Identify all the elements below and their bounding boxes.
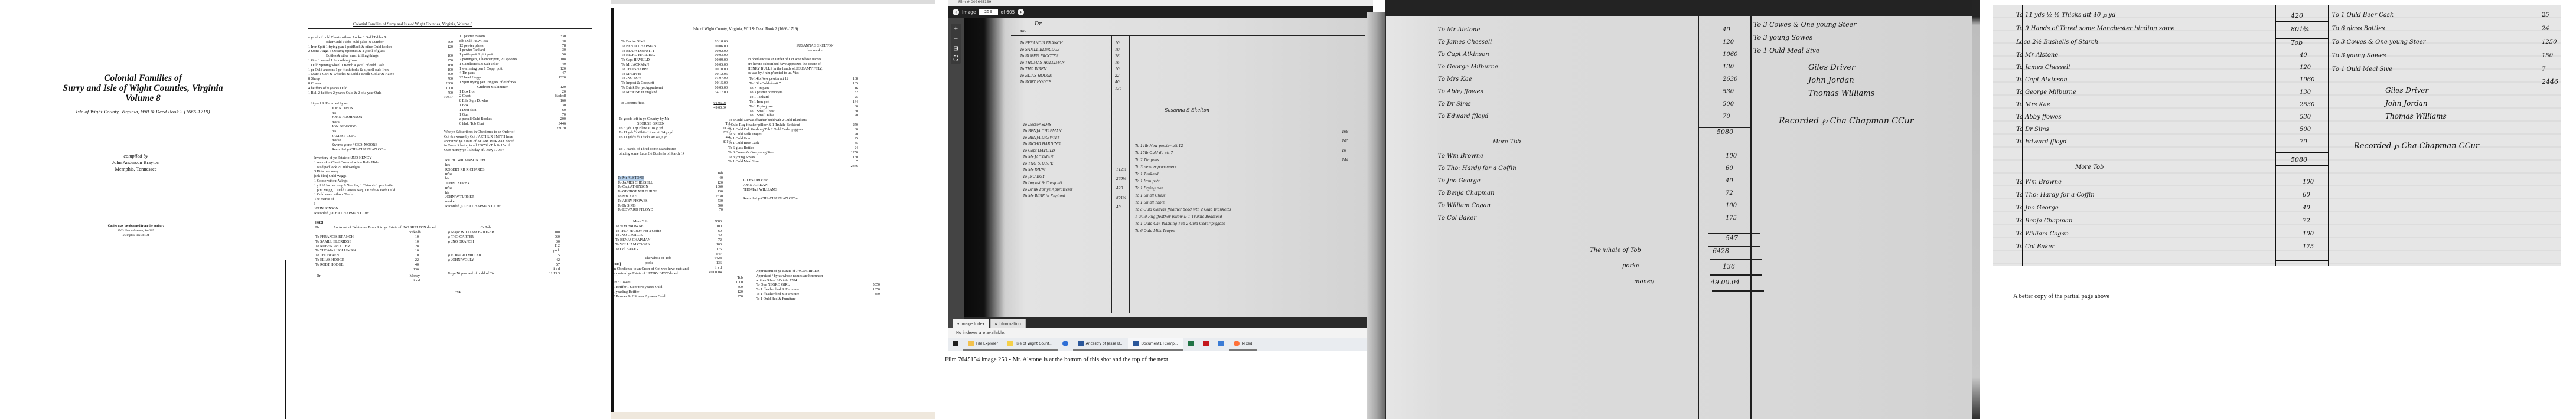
inventory-line-value: 500 [439,40,453,45]
handwritten-amount: 130 [1723,64,1734,70]
taskbar-item-word[interactable]: Ancestry of Jesse D... [1073,338,1129,351]
handwritten-signer: Giles Driver [2385,86,2428,94]
money-debt-row: To Mr WISE in England34.17.00 [621,90,728,95]
inventory-line-label: 1 Gun [459,113,468,117]
inventory-line-label: 1 Box [459,103,468,108]
money-label: Money [409,274,420,279]
image-label: Image [962,9,976,15]
bulls-item-row-label: To 1 Small Chest [749,109,775,114]
inventory-line-value: 50 [552,53,566,57]
taskbar-item-file-explorer[interactable]: File Explorer [963,338,1003,351]
handwritten-amount: 28 [1115,54,1120,58]
credit-row-value: 30 [546,240,560,244]
goods-label: To 6 yds 1 qr Blew at 18 ℘ yd [619,126,663,131]
bulls-item-row-value: 250 [844,123,858,127]
more-tob-row: To THO: HARDY For a Coffin60 [615,229,722,234]
debit-row: To THOMAS HOLLIMAN16 [315,248,419,253]
handwritten-entry: To Jno George [1438,178,1481,184]
handwritten-entry: To 3 young Sowes [1753,34,1812,41]
bulls-item-row: To 1 Ould Beer Cask35 [728,141,858,146]
folder-icon [1007,341,1013,346]
bulls-item-row-label: To 1 Tankard [749,95,769,100]
highlight-underline [2016,181,2063,181]
bulls-items: To 14lb New pewter att 12168To 15lb Ould… [728,77,858,169]
more-tob-label: More Tob [615,220,647,224]
handwritten-entry: To BENJA CHAPMAN [1023,129,1062,133]
zoom-toolbar: + − ⊞ ⛶ [951,24,961,64]
best-tob-header: Tob [613,276,743,280]
handwritten-entry: To Capt HAVEILD [1023,149,1055,153]
more-tob-row-value: 72 [707,238,722,243]
hendy-line: 3 Bitts in money [314,169,450,174]
next-image-icon[interactable]: › [1018,9,1024,15]
murray-appraisers: RICHD WILKINSON JunrhesROBERT RR RICHARD… [445,158,534,209]
murray-left-items: a ℘cell of ould Chests wthout Locke 3 Ou… [308,35,453,100]
debit-row-label: To FFRANCIS BRANCH [315,235,354,240]
handwritten-amount: 120 [2300,64,2311,71]
handwritten-entry: To James Chessell [2016,64,2070,71]
signer-line: mark [311,120,393,125]
inventory-line-label: 1 Bull 2 heiffers 2 yeares Ould & 2 of a… [308,91,381,96]
handwritten-entry: To ROBT HODGE [1020,80,1051,84]
handwritten-amount: 1250 [2542,39,2557,45]
bulls-intro-line: as was by / him p'sented to us, Vizt [748,71,866,76]
handwritten-amount: 530 [1723,89,1734,95]
bulls-item-row-value: 35 [844,141,858,146]
sum-rule [1710,274,1762,276]
tob-subtotal-row: More Tob5080 [615,220,722,224]
bulls-item-row-value: 20 [844,113,858,118]
address-line-1: 1503 Union Avenue, Ste 205 [0,228,272,233]
bulls-intro-line: are hereto subscribed have appraized the… [748,62,866,67]
header-rule [308,28,592,29]
more-tob-row-label: To JNO GEORGE [615,233,643,238]
grid-view-icon[interactable]: ⊞ [953,45,958,52]
murray-right-items: 11 pewter Basons3308lb Ould PEWTER4812 p… [459,34,566,131]
debit-row-label: To THO WREN [315,253,339,258]
inventory-line-value: 78 [552,44,566,48]
folio-483: [483] [613,262,743,267]
thred-line: To 9 Hands of Thred some Manchester [619,147,731,152]
taskbar-item-app-circle[interactable] [1058,338,1073,351]
money-debt-row-value: 34.17.00 [713,90,728,95]
bulls-intro-line: HENRY BULLS in the hands of JEREAMY FFLY… [748,67,866,71]
taskbar-item-acrobat[interactable] [1198,338,1214,351]
page-375: Isle of Wight County, Virginia, Will & D… [607,0,939,419]
inventory-line: 1 Iron Spitt 1 frying pan 1 pottRack & o… [308,45,453,50]
coroner-label: To Coronrs ffees [620,101,644,106]
inventory-line: 4 Tin pans47 [459,71,566,76]
debit-row: To THO WREN10 [315,253,419,258]
inventory-line: 1 pottle pott 1 pint pott50 [459,53,566,57]
handwritten-amount: 420 [1116,186,1123,191]
sum-rule [2276,152,2329,153]
bulls-item-row-label: To 1 Iron pott [749,100,769,104]
bulls-item-row-label: To 3 Cowes & One young Steer [728,150,775,155]
inventory-line-label: 1 warmeing pan 1 Coppr pott [459,67,503,71]
handwritten-money-label: money [1634,279,1654,285]
handwritten-amount: 10 [1115,67,1120,71]
bulls-item-row-label: To a Ould Canvas ffeather bedd wth 2 Oul… [728,118,807,123]
viewer-gutter [948,18,964,328]
inventory-line-value: 120 [439,45,453,50]
money-debt-row: To Mr DIVEI00.12.06 [621,72,728,77]
handwritten-entry: To William Cogan [2016,231,2069,237]
ricks-item-row: To 1 Ould Bed & Furniture [756,297,880,302]
handwritten-entry: To SAMLL ELDRIDGE [1020,48,1060,52]
money-debt-row: To Impost & Cocquett00.15.00 [621,81,728,86]
credit-row-label: ℘ JNO BRANCH [448,240,474,244]
handwritten-signer: Giles Driver [1808,63,1855,72]
hendy-inventory: Inventory of ye Estate of JNO HENDY1 sea… [314,156,450,215]
more-tob-total-row: 547 [615,252,722,257]
hendy-line: Inventory of ye Estate of JNO HENDY [314,156,450,161]
handwritten-amount: 7 [2542,66,2545,73]
dr-label: Dr [315,225,319,230]
bulls-item-row-value [844,118,858,123]
image-count: of 605 [1001,9,1015,15]
handwritten-amount: 1060 [1723,51,1737,58]
handwritten-entry: To Tho: Hardy for a Coffin [2016,192,2095,198]
debit-row: To RUBEN PROCTER28 [315,244,419,249]
zoom-out-icon[interactable]: − [953,35,958,42]
handwritten-entry: To Wm Browne [2016,179,2062,185]
zoom-in-icon[interactable]: + [953,25,958,32]
handwritten-amount: 72 [2303,218,2310,224]
debit-row-label: To SAMLL ELDRIDGE [315,240,351,244]
bulls-item-row: To 1 Ould Oak Washing Tub 2 Ould Cedar p… [728,127,858,132]
handwritten-recorded: Recorded ℘ Cha Chapman CCur [2354,142,2479,150]
handwritten-entry: Lace 2½ Bushells of Starch [2016,39,2098,45]
ricks-intro: Appraized / by us whose names are hereun… [756,274,880,279]
money-debt-row: To BENJA DREWITT00.02.09 [621,49,728,54]
handwritten-entry: To 1 Frying pan [1135,186,1163,191]
more-tob-row: To WILLIAM COGAN100 [615,243,722,247]
handwritten-amount: 60 [1726,165,1733,172]
inventory-line-value: 250 [439,58,453,63]
handwritten-entry: To 2 Tin pans [1135,158,1159,162]
handwritten-entry: To 9 Hands of Thred some Manchester bind… [2016,25,2174,32]
inventory-line-value: 108 [552,57,566,62]
tob-debt-row-value: 120 [709,181,723,185]
credit-row-label: ℘ JOHN WOLLY [448,258,474,263]
more-tob-total-value: 547 [707,252,722,257]
debit-row-value: 40 [405,263,419,267]
inventory-line: 6 hhdd Tob Cont3446 [459,122,566,126]
inventory-line-value: 800 [439,72,453,77]
inventory-line: 1 Spitt frying pan Tongues Ffleshforks [459,80,566,85]
handwritten-entry: To 11 yds ½ ½ Thicks att 40 ℘ yd [2016,12,2116,18]
excel-icon [1188,341,1194,346]
handwritten-amount: 801¾ [1116,196,1126,200]
handwritten-entry: To JNO BOY [1023,175,1045,179]
handwritten-entry: To William Cogan [1438,202,1491,209]
whole-of-tob-value: 6428 [707,256,722,261]
bulls-item-row-value: 168 [844,77,858,81]
inventory-line-label: 8 Sheep [308,77,320,81]
tob-label: Tob [729,276,743,280]
credit-row-value: 57 [546,263,560,267]
inventory-line: 1 pewter Tankard30 [459,48,566,53]
best-item-row: 1 Heiffer 1 Steer two yeares Ould400 [613,285,743,290]
inventory-line-label: 1 pr Ould androns 1 pr fflesh forks & a … [308,68,389,73]
best-item-row: 2 Barroes & 2 Sowes 2 yeares Ould250 [613,294,743,299]
acrobat-icon [1203,341,1209,346]
more-tob-row: To BENJA CHAPMAN72 [615,238,722,243]
handwritten-entry: To 15lb Ould do att 7 [1135,151,1173,155]
handwritten-more-tob: More Tob [2075,164,2104,171]
goods-owner: GEORGE GREEN [619,122,664,126]
top-margin [611,0,935,4]
debit-row-value: 10 [405,240,419,244]
handwritten-amount: 10 [1115,41,1120,45]
money-debt-row-label: To Doctor SIMS [621,40,645,44]
hendy-line: The marke of [314,197,450,202]
fullscreen-icon[interactable]: ⛶ [954,55,958,62]
bulls-item-row-label: To 14lb New pewter att 12 [749,77,788,81]
more-tob-row-value: 40 [707,233,722,238]
firefox-icon [1234,341,1240,346]
hendy-line: Recorded ℘ CHA CHAPMAN CCur [314,211,450,216]
tob-debt-row: To GEORGE MILBURNE130 [618,189,723,194]
statement-line: Curr money ye 16th day of / Jany 1706/7 [444,148,562,153]
bulls-item-row: To a Ould Canvas ffeather bedd wth 2 Oul… [728,118,858,123]
skelton-credits: ℘ Major WILLIAM BRIDGER100℘ THO CARTER06… [448,230,560,276]
handwritten-entry: To Mr JACKMAN [1023,155,1054,159]
goods-intro: To goods left in ye Country by Mr [619,117,731,122]
handwritten-amount: 100 [2303,231,2314,237]
handwritten-amount: 269½ [1116,177,1126,181]
tob-debt-row: To Dr SIMS500 [618,204,723,208]
sum-rule [1708,233,1760,234]
taskbar-item-windows-start[interactable] [948,338,963,351]
author-name: John Anderson Brayton [0,159,272,166]
bulls-item-row-value: 25 [844,136,858,141]
goods-intro-2: GEORGE GREENTob [619,122,731,126]
best-item-label: To 3 Cowes [613,280,630,285]
tob-header: Tob [618,171,723,176]
credit-row: ℘ EDWARD MILLER15 [448,253,560,258]
debit-row-value: 22 [405,258,419,263]
image-number-input[interactable]: 259 [979,9,998,15]
sum-rule [2276,260,2329,261]
handwritten-porke-label: porke [1622,263,1639,269]
handwritten-amount: 2630 [2300,102,2314,108]
handwritten-entry: To Abby ffowes [1438,89,1483,95]
inventory-line-label: 1 Mare 1 Cart & Wheeles & Saddle Bridle … [308,72,394,77]
inventory-line-label: a ℘cell of ould Chests wthout Locke 3 Ou… [308,35,387,40]
compiled-by-label: compiled by [0,153,272,159]
previous-image-icon[interactable]: ‹ [953,9,959,15]
ledger-column-rule [1750,16,1752,419]
best-intro: In Obedience to an Order of Cot wee have… [613,267,743,271]
taskbar-item-file[interactable] [1214,338,1229,351]
inventory-line: 1 Gun 1 sword 1 Smoothing Iron250 [308,58,453,63]
more-tob-row-label: To THO: HARDY For a Coffin [615,229,661,234]
bulls-item-row-value: 50 [844,109,858,114]
handwritten-entry: To 1 Tankard [1135,172,1159,176]
handwritten-amount: 2630 [1723,76,1737,83]
whole-of-tob-row: The whole of Tob6428 [615,256,722,261]
inventory-line: Gridiron & Skimmer120 [459,85,566,90]
handwritten-amount: 16 [1342,149,1346,153]
handwritten-entry: To 3 Cowes & One young Steer [2332,39,2426,45]
signer-line: his [311,129,393,134]
better-copy-scan[interactable]: To 11 yds ½ ½ Thicks att 40 ℘ yd420To 9 … [1993,5,2561,266]
tob-label: Tob [709,171,723,176]
tob-debt-row-value: 2630 [709,194,723,199]
goods-row: To 6 yds 1 qr Blew at 18 ℘ yd112¾ [619,126,731,131]
tob-debt-row: To Mrs KAE2630 [618,194,723,199]
bulls-item-row-label: To 1 Ould Oak Washing Tub 2 Ould Cedar p… [728,127,803,132]
ricks-item-label: To 1 ffeather bed & Furniture [756,287,799,292]
handwritten-amount: 40 [1115,80,1120,84]
tob-debt-row-label: To Mr ALSTONE [618,176,644,181]
handwritten-entry: To 6 glass Bottles [2332,25,2385,32]
more-tob-row: To JNO GEORGE40 [615,233,722,238]
taskbar-item-excel[interactable] [1183,338,1198,351]
compiler-block: compiled by John Anderson Brayton Memphi… [0,153,272,172]
handwritten-amount: 500 [2300,126,2311,133]
bulls-item-row-value: 105 [844,81,858,86]
tob-debts: TobTo Mr ALSTONE40To JAMES CHESSELL120To… [618,171,723,212]
handwritten-amount: 70 [1723,113,1730,120]
hendy-line: 1 pint Mugg, 1 Ould Canvas Bag, 1 Knife … [314,188,450,193]
signer-line: JON BIDGOOD [311,125,393,129]
handwritten-amount: 144 [1342,158,1348,162]
credit-row: li s d [448,267,560,271]
address-line-2: Memphis, TN 38104 [0,233,272,238]
inventory-line-label: 1 Box Iron [459,90,475,94]
sum-rule [2276,165,2329,166]
handwritten-porke-value: 136 [1723,263,1735,270]
handwritten-entry: To Col Baker [1438,215,1476,221]
skelton-money-debits: To Doctor SIMS03.18.06To BENJA CHAPMAN00… [621,40,728,95]
ricks-item-value: 850 [866,292,880,297]
better-copy-caption: A better copy of the partial page above [2013,293,2109,300]
best-item-row: To 3 Cowes1000 [613,280,743,285]
taskbar-label: Mixed [1242,342,1253,346]
tob-debt-row-label: To ABBY FFOWES [618,199,648,204]
credit-row-value: 060 [546,235,560,240]
inventory-line-label: 1 Spitt frying pan Tongues Ffleshforks [459,80,516,85]
handwritten-entry: To Dr Sims [1438,101,1471,107]
appraiser-line: JOHN W TURNER [445,195,534,199]
handwritten-whole-value: 6428 [1713,247,1729,255]
more-tob-row-value: 60 [707,229,722,234]
tob-debt-row: To ABBY FFOWES530 [618,199,723,204]
handwritten-signer: Thomas Williams [1808,89,1874,98]
credit-row-label: ℘ EDWARD MILLER [448,253,481,258]
ricks-intro: Appraizemt of ye Estate of JACOB RICKS, [756,269,880,274]
more-tob-row-label: To WM BROWNE [615,224,644,229]
microfilm-image-zoomed[interactable]: To 3 Cowes & One young SteerTo 3 young S… [1386,16,1972,419]
copies-label: Copies may be obtained from the author: [0,224,272,228]
best-item-label: 1 yearling Heiffer [613,290,639,294]
cr-tob-label: Cr Tob [481,225,491,230]
money-debt-row-value: 00.05.00 [713,63,728,67]
familysearch-viewer-screenshot: Film # 007645159 ‹ Image 259 of 605 › Dr… [939,0,1385,419]
money-debt-row-value: 00.12.06 [713,72,728,77]
coroner-value: 01.06.08 [712,101,726,106]
handwritten-amount: 60 [2303,192,2310,198]
inventory-line-value: 330 [552,34,566,39]
title-line-3: Volume 8 [0,93,286,103]
goods-row: To 11 yds ½ White Linen att 24 ℘ yd269½ [619,130,731,135]
bulls-item-row-value: 150 [844,155,858,160]
credit-row: pork [448,248,560,253]
bulls-item-row-value: 1250 [844,150,858,155]
bulls-item-row-value: 24 [844,146,858,150]
inventory-line-value: 700 [439,77,453,81]
handwritten-entry: To BENJA DREWITT [1023,136,1059,140]
money-debt-row-value: 00.03.09 [713,53,728,58]
handwritten-heading: Dr [1035,21,1042,27]
best-item-value: 1000 [729,280,743,285]
copies-block: Copies may be obtained from the author: … [0,224,272,238]
bulls-item-row: To 1 Ould Gun25 [728,136,858,141]
goods-label: To 11 yds ½ White Linen att 24 ℘ yd [619,130,673,135]
debit-row-value: 16 [405,248,419,253]
debit-row: To FFRANCIS BRANCH10 [315,235,419,240]
file-explorer-icon [968,341,974,346]
inventory-line: 1 Box Iron20 [459,90,566,94]
microfilm-image[interactable]: Dr 482 To FFRANCIS BRANCHTo SAMLL ELDRID… [964,18,1373,317]
taskbar-item-word[interactable]: Document1 [Comp... [1128,338,1182,351]
more-tob-row-label: To BENJA CHAPMAN [615,238,650,243]
inventory-line-label: 1 pewter Tankard [459,48,485,53]
taskbar-item-folder[interactable]: Isle of Wight Count... [1003,338,1058,351]
bulls-item-row-label: To 2 Tin pans [749,86,769,91]
green-goods: To goods left in ye Country by MrGEORGE … [619,117,731,156]
bulls-item-row: To 1 Frying pan30 [728,104,858,109]
hendy-line: 1 Goose wthout Wings [314,179,450,184]
handwritten-entry: To THO SHARPE [1023,162,1054,166]
handwritten-more-tob: More Tob [1492,139,1521,145]
more-tob-row-value: 100 [707,243,722,247]
money-debt-row: To RICHD HARDING00.03.09 [621,53,728,58]
credit-row-value: li s d [546,267,560,271]
inventory-line-value: 30 [552,103,566,108]
bulls-recorded: Recorded ℘ CHA CHAPMAN CICur [743,197,826,201]
inventory-line-label: 4 Tin pans [459,71,475,76]
handwritten-entry: To Impost & Cocquett [1023,181,1062,185]
page-number: 374 [455,290,461,294]
ricks-item-row: To One NEGRO GIRL5050 [756,283,880,287]
ledger-column-rule [1129,35,1130,313]
handwritten-amount: 105 [1342,139,1348,143]
handwritten-amount: 530 [2300,114,2311,120]
handwritten-entry: To Mr Alstone [2016,52,2058,58]
taskbar-item-firefox[interactable]: Mixed [1229,338,1257,351]
bulls-total: 2446 [844,164,858,169]
signer-line: JOHN H JOHNSON [311,115,393,120]
bulls-item-row-value: 30 [844,127,858,132]
appraiser-line: his [445,176,534,181]
handwritten-entry: To Benja Chapman [1438,190,1494,197]
money-debt-row-label: To Mr WISE in England [621,90,657,95]
handwritten-entry: To Mr WISE in England [1023,194,1065,198]
inventory-line-label: Bottles & other small trifling things [326,54,379,58]
inventory-line: 2 Chest[faded] [459,94,566,99]
inventory-line-value [552,80,566,85]
debit-row-label: To ELIAS HODGE [315,258,344,263]
credit-row-value: 42 [546,258,560,263]
film-selector[interactable]: Film # 007645159 [948,0,1373,6]
credit-row-value: 15 [546,253,560,258]
bulls-item-row: 1 Ould Rug ffeather pillow & 1 Trukile B… [728,123,858,127]
skelton-mark: her marke [768,48,862,53]
